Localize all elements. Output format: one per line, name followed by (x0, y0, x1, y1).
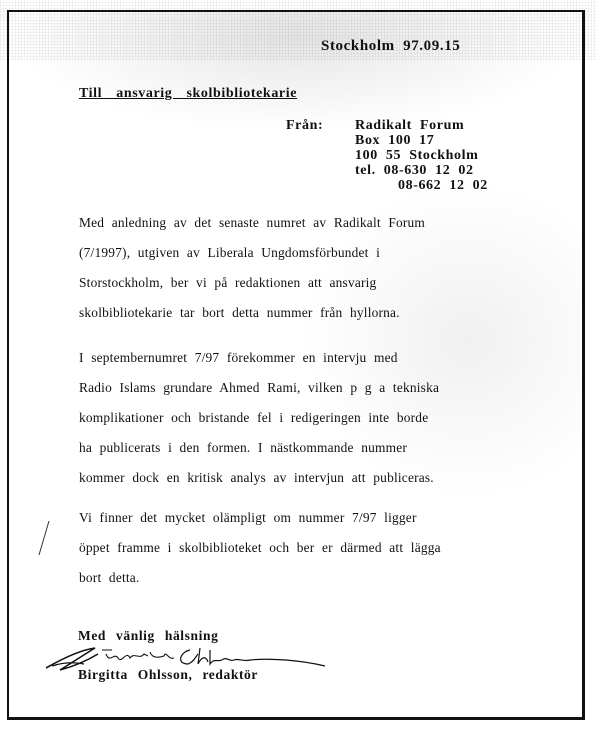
sender-name: Radikalt Forum (355, 118, 464, 133)
paragraph-3-line-3: bort detta. (79, 570, 140, 586)
sender-postal: 100 55 Stockholm (355, 148, 478, 163)
place-date: Stockholm 97.09.15 (321, 38, 460, 55)
paragraph-1-line-2: (7/1997), utgiven av Liberala Ungdomsför… (79, 245, 380, 261)
paragraph-3-line-1: Vi finner det mycket olämpligt om nummer… (79, 510, 417, 526)
paragraph-1-line-1: Med anledning av det senaste numret av R… (79, 215, 425, 231)
paragraph-1-line-3: Storstockholm, ber vi på redaktionen att… (79, 275, 376, 291)
recipient-heading: Till ansvarig skolbibliotekarie (79, 86, 297, 102)
pen-mark-icon (37, 520, 51, 556)
from-label: Från: (286, 118, 323, 134)
sender-phone-2: 08-662 12 02 (398, 178, 488, 193)
paragraph-2-line-1: I septembernumret 7/97 förekommer en int… (79, 350, 398, 366)
paragraph-2-line-5: kommer dock en kritisk analys av intervj… (79, 470, 434, 486)
letter-page: Stockholm 97.09.15 Till ansvarig skolbib… (0, 0, 596, 731)
paragraph-3-line-2: öppet framme i skolbiblioteket och ber e… (79, 540, 441, 556)
sender-box: Box 100 17 (355, 133, 434, 148)
paragraph-2-line-4: ha publicerats i den formen. I nästkomma… (79, 440, 407, 456)
paragraph-1-line-4: skolbibliotekarie tar bort detta nummer … (79, 305, 400, 321)
sender-phone-1: tel. 08-630 12 02 (355, 163, 474, 178)
paragraph-2-line-2: Radio Islams grundare Ahmed Rami, vilken… (79, 380, 439, 396)
signer-name: Birgitta Ohlsson, redaktör (78, 667, 258, 683)
paragraph-2-line-3: komplikationer och bristande fel i redig… (79, 410, 428, 426)
